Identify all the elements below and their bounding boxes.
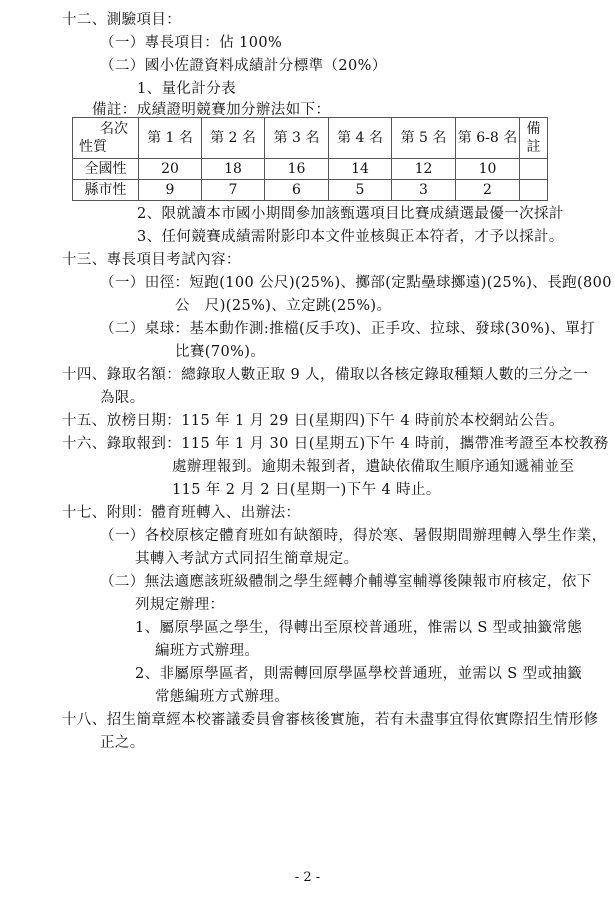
table-header-cell: 第 3 名 (265, 118, 329, 159)
table-corner-cell: 名次 性質 (73, 118, 139, 159)
table-cell: 14 (329, 159, 392, 180)
table-header-cell: 第 6-8 名 (456, 118, 520, 159)
section-13-item-1-line-2: 公 尺)(25%)、立定跳(25%)。 (175, 295, 391, 317)
table-header-cell: 第 5 名 (392, 118, 456, 159)
table-cell: 2 (456, 180, 520, 201)
section-16-line-1: 十六、錄取報到：115 年 1 月 30 日(星期五)下午 4 時前，攜帶准考證… (62, 433, 609, 455)
section-12-item-1: （一）專長項目：佔 100% (100, 32, 282, 54)
section-17-sub-1-line-1: 1、屬原學區之學生，得轉出至原校普通班，惟需以 S 型或抽籤常態 (135, 617, 582, 639)
row-label: 全國性 (73, 159, 139, 180)
section-16-line-2: 處辦理報到。逾期未報到者，遺缺依備取生順序通知遞補並至 (172, 456, 574, 478)
table-row: 全國性 20 18 16 14 12 10 (73, 159, 548, 180)
section-17-item-1-line-1: （一）各校原核定體育班如有缺額時，得於寒、暑假期間辦理轉入學生作業， (100, 525, 607, 547)
table-header-row: 名次 性質 第 1 名 第 2 名 第 3 名 第 4 名 第 5 名 第 6-… (73, 118, 548, 159)
corner-rank-label: 名次 (79, 120, 138, 138)
section-17-item-1-line-2: 其轉入考試方式同招生簡章規定。 (135, 548, 359, 570)
table-cell: 5 (329, 180, 392, 201)
table-cell: 6 (265, 180, 329, 201)
corner-type-label: 性質 (79, 139, 107, 155)
section-12-item-2: （二）國小佐證資料成績計分標準（20%） (100, 55, 387, 77)
section-13-item-1-line-1: （一）田徑：短跑(100 公尺)(25%)、擲部(定點壘球擲遠)(25%)、長跑… (100, 272, 612, 294)
table-cell: 20 (139, 159, 202, 180)
section-16-line-3: 115 年 2 月 2 日(星期一)下午 4 時止。 (172, 479, 441, 501)
table-cell (520, 159, 548, 180)
table-header-cell: 第 4 名 (329, 118, 392, 159)
table-cell: 10 (456, 159, 520, 180)
table-header-cell: 備註 (520, 118, 548, 159)
section-17-heading: 十七、附則：體育班轉入、出辦法： (62, 502, 300, 524)
section-17-sub-2-line-2: 常態編班方式辦理。 (155, 686, 289, 708)
section-13-item-2-line-1: （二）桌球：基本動作測:推檔(反手攻)、正手攻、拉球、發球(30%)、單打 (100, 318, 595, 340)
section-14-line-2: 為限。 (100, 387, 145, 409)
section-13-item-2-line-2: 比賽(70%)。 (175, 341, 265, 363)
section-18-line-2: 正之。 (100, 732, 145, 754)
page-number: - 2 - (0, 870, 615, 885)
table-cell: 12 (392, 159, 456, 180)
section-14-line-1: 十四、錄取名額：總錄取人數正取 9 人，備取以各核定錄取種類人數的三分之一 (62, 364, 588, 386)
score-table: 名次 性質 第 1 名 第 2 名 第 3 名 第 4 名 第 5 名 第 6-… (72, 117, 548, 201)
section-17-item-2-line-1: （二）無法適應該班級體制之學生經轉介輔導室輔導後陳報市府核定，依下 (100, 571, 592, 593)
table-cell: 9 (139, 180, 202, 201)
section-12-sub-1: 1、量化計分表 (137, 78, 236, 100)
table-cell (520, 180, 548, 201)
section-15-line-1: 十五、放榜日期：115 年 1 月 29 日(星期四)下午 4 時前於本校網站公… (62, 410, 564, 432)
table-cell: 18 (202, 159, 265, 180)
section-18-line-1: 十八、招生簡章經本校審議委員會審核後實施，若有未盡事宜得依實際招生情形修 (62, 709, 598, 731)
table-cell: 7 (202, 180, 265, 201)
table-cell: 3 (392, 180, 456, 201)
note-2: 2、限就讀本市國小期間參加該甄選項目比賽成績選最優一次採計 (137, 203, 564, 225)
section-17-item-2-line-2: 列規定辦理： (135, 594, 224, 616)
table-cell: 16 (265, 159, 329, 180)
note-3: 3、任何競賽成績需附影印本文件並核與正本符者，才予以採計。 (137, 226, 564, 248)
table-header-cell: 第 1 名 (139, 118, 202, 159)
section-13-heading: 十三、專長項目考試內容： (62, 249, 241, 271)
section-17-sub-2-line-1: 2、非屬原學區者，則需轉回原學區學校普通班，並需以 S 型或抽籤 (135, 663, 582, 685)
section-17-sub-1-line-2: 編班方式辦理。 (155, 640, 259, 662)
table-header-cell: 第 2 名 (202, 118, 265, 159)
table-row: 縣市性 9 7 6 5 3 2 (73, 180, 548, 201)
section-12-heading: 十二、測驗項目： (62, 9, 181, 31)
row-label: 縣市性 (73, 180, 139, 201)
